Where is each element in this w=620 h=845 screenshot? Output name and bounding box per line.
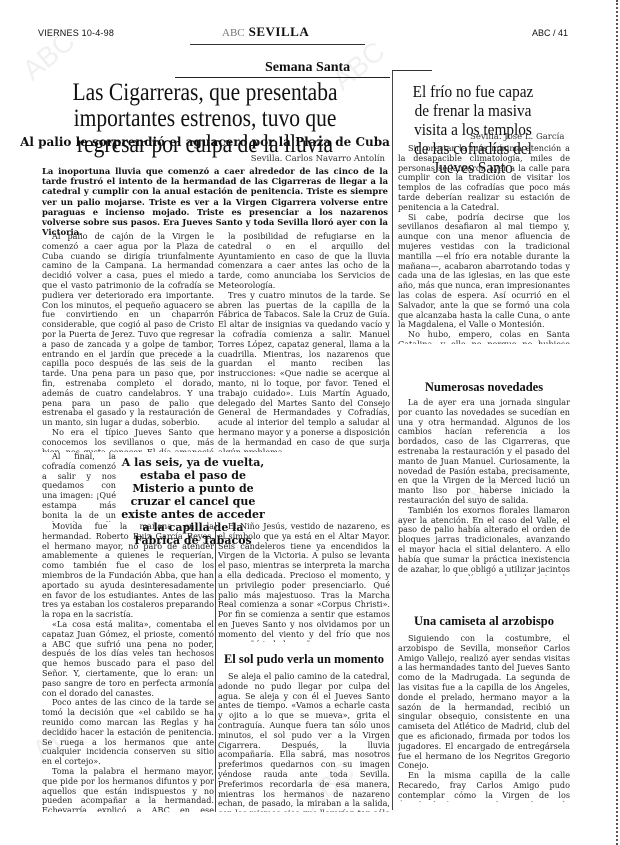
paragraph: Al final, la cofradía comenzó a salir y … [42,452,116,522]
paragraph: Al palio de cajón de la Virgen le comenz… [42,232,214,428]
issue-date: VIERNES 10-4-98 [38,28,114,38]
main-lead: La inoportuna lluvia que comenzó a caer … [42,166,388,237]
paragraph: Toma la palabra el hermano mayor, que pi… [42,767,214,812]
paragraph: Se aleja el palio camino de la catedral,… [218,672,390,812]
page-edge [614,0,618,845]
page-number: ABC / 41 [532,28,568,38]
main-byline: Sevilla. Carlos Navarro Antolín [251,154,385,164]
side-byline: Sevilla. José L. García [470,132,564,142]
main-subhead: Al palio le sorprendió el aguacero por l… [20,135,390,149]
header-rule [190,44,365,45]
masthead: ABCSEVILLA [222,24,309,40]
main-column-2-bottom: Se aleja el palio camino de la catedral,… [218,672,390,812]
main-column-1-top: Al palio de cajón de la Virgen le comenz… [42,232,214,452]
paragraph: No era el típico Jueves Santo que conoce… [42,428,214,452]
paragraph: En la misma capilla de la calle Recaredo… [398,771,570,802]
paragraph: Siguiendo con la costumbre, el arzobispo… [398,634,570,771]
paragraph: Tres y cuatro minutos de la tarde. Se ab… [218,291,390,452]
side-column-top: Sin prestar la más mínima atención a la … [398,144,570,344]
masthead-abc: ABC [222,27,245,39]
paragraph: la posibilidad de refugiarse en la cated… [218,232,390,291]
masthead-city: SEVILLA [249,24,310,39]
paragraph: La de ayer era una jornada singular por … [398,398,570,506]
paragraph: Sin prestar la más mínima atención a la … [398,144,570,213]
side-section-title-1: Numerosas novedades [398,380,570,395]
paragraph: «La cosa está malita», comentaba el capa… [42,620,214,698]
side-article-top-rule [392,70,432,71]
side-section-title-2: Una camiseta al arzobispo [398,614,570,629]
side-column-bottom: Siguiendo con la costumbre, el arzobispo… [398,634,570,802]
paragraph: El Niño Jesús, vestido de nazareno, es e… [218,522,390,642]
side-article-divider [392,70,393,810]
section-rule [175,77,390,78]
paragraph: Si cabe, podría decirse que los sevillan… [398,213,570,331]
side-column-middle: La de ayer era una jornada singular por … [398,398,570,576]
column-divider [215,522,216,812]
section-label: Semana Santa [265,60,350,76]
main-column-2-middle: El Niño Jesús, vestido de nazareno, es e… [218,522,390,642]
main-column-1-bottom: Movida fue la mañana en la hermandad. Ro… [42,522,214,812]
paragraph: También los exornos florales llamaron ay… [398,506,570,576]
paragraph: Poco antes de las cinco de la tarde se t… [42,698,214,767]
main-column-1-narrow: Al final, la cofradía comenzó a salir y … [42,452,116,522]
subsection-title: El sol pudo verla un momento [218,652,390,667]
main-column-2-top: la posibilidad de refugiarse en la cated… [218,232,390,452]
paragraph: No hubo, empero, colas en Santa Catalina… [398,330,570,344]
